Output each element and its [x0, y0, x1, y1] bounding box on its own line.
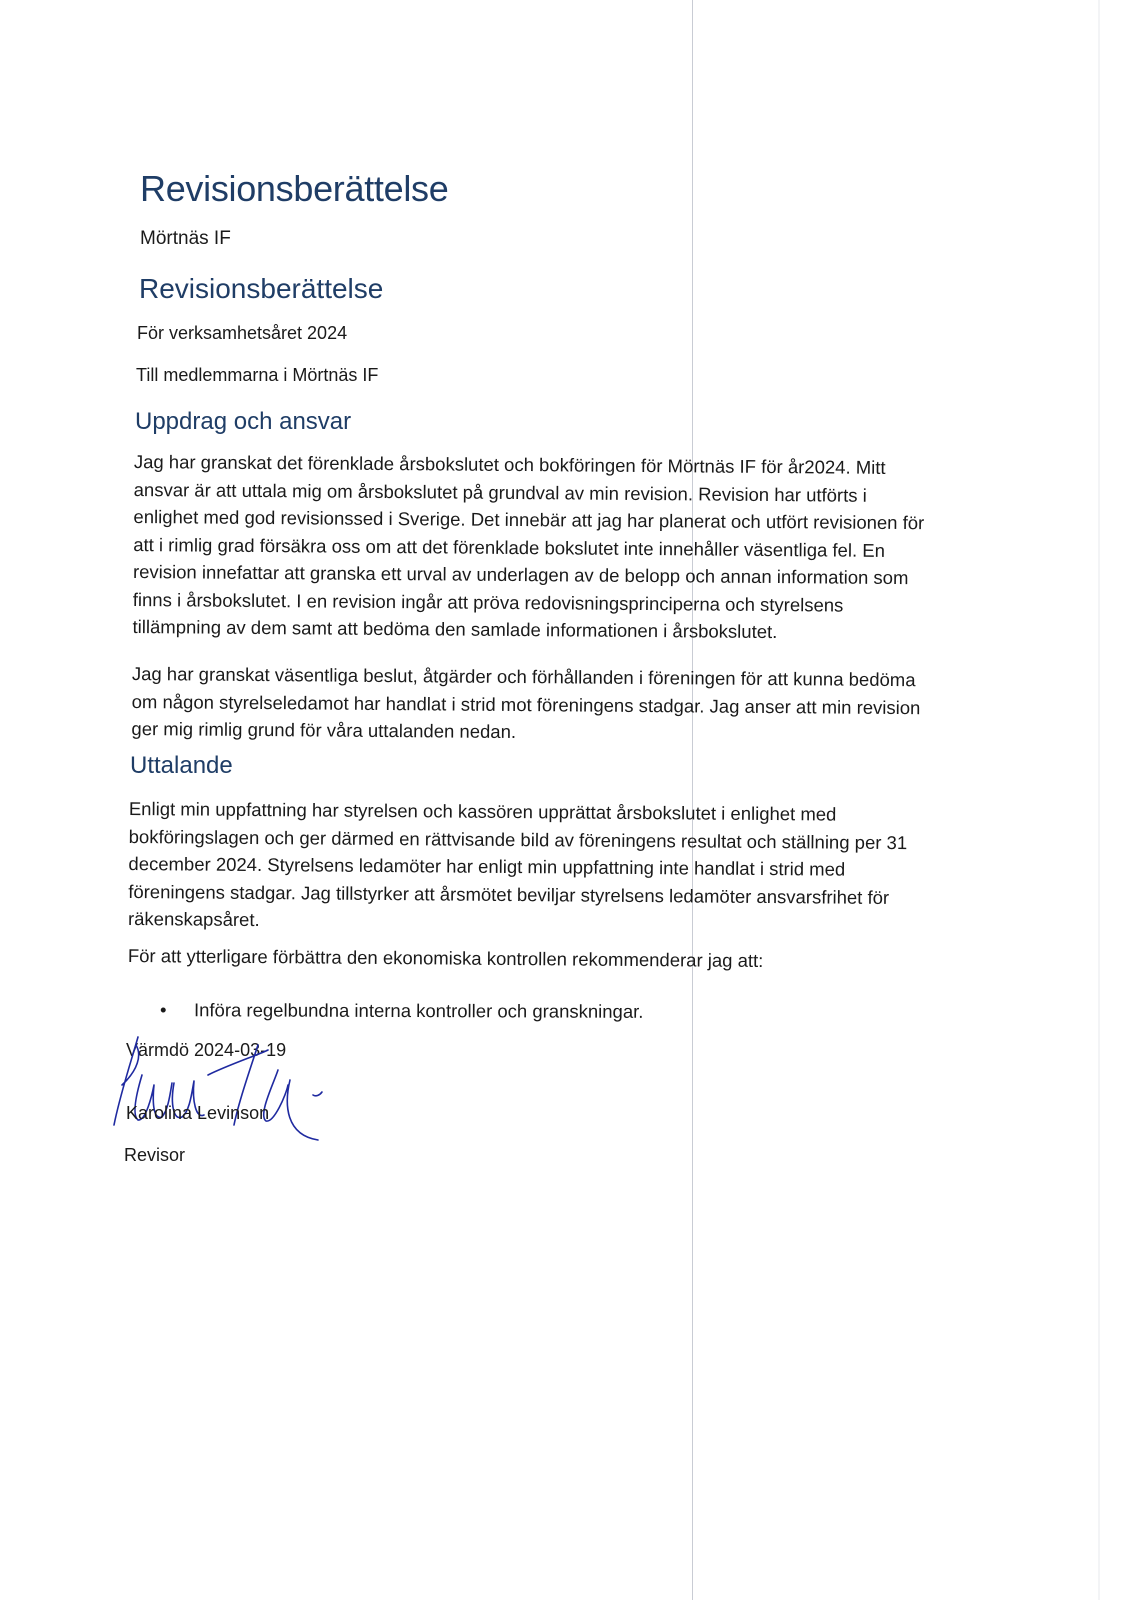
document-page: Revisionsberättelse Mörtnäs IF Revisions… — [0, 0, 1131, 1600]
document-title: Revisionsberättelse — [140, 168, 448, 210]
signature-icon — [108, 1025, 348, 1145]
paragraph-uppdrag-2: Jag har granskat väsentliga beslut, åtgä… — [131, 660, 992, 749]
document-subtitle: Revisionsberättelse — [139, 273, 383, 305]
paragraph-uppdrag-1: Jag har granskat det förenklade årsboksl… — [132, 448, 993, 647]
text-line: tillämpning av dem samt att bedöma den s… — [132, 613, 992, 647]
organization-name: Mörtnäs IF — [140, 228, 231, 250]
fiscal-year: För verksamhetsåret 2024 — [137, 323, 347, 344]
section-heading-uttalande: Uttalande — [130, 752, 233, 780]
signer-role: Revisor — [124, 1145, 185, 1166]
bullet-icon: • — [160, 999, 194, 1021]
recommendation-list-item: •Införa regelbundna interna kontroller o… — [160, 999, 644, 1023]
text-line: För att ytterligare förbättra den ekonom… — [128, 942, 988, 976]
paragraph-uttalande-1: Enligt min uppfattning har styrelsen och… — [128, 795, 989, 939]
section-heading-uppdrag: Uppdrag och ansvar — [135, 408, 351, 436]
addressee: Till medlemmarna i Mörtnäs IF — [136, 365, 378, 386]
signer-name: Karolina Levinson — [126, 1103, 269, 1124]
bullet-text: Införa regelbundna interna kontroller oc… — [194, 999, 644, 1022]
paragraph-uttalande-2: För att ytterligare förbättra den ekonom… — [128, 942, 988, 976]
